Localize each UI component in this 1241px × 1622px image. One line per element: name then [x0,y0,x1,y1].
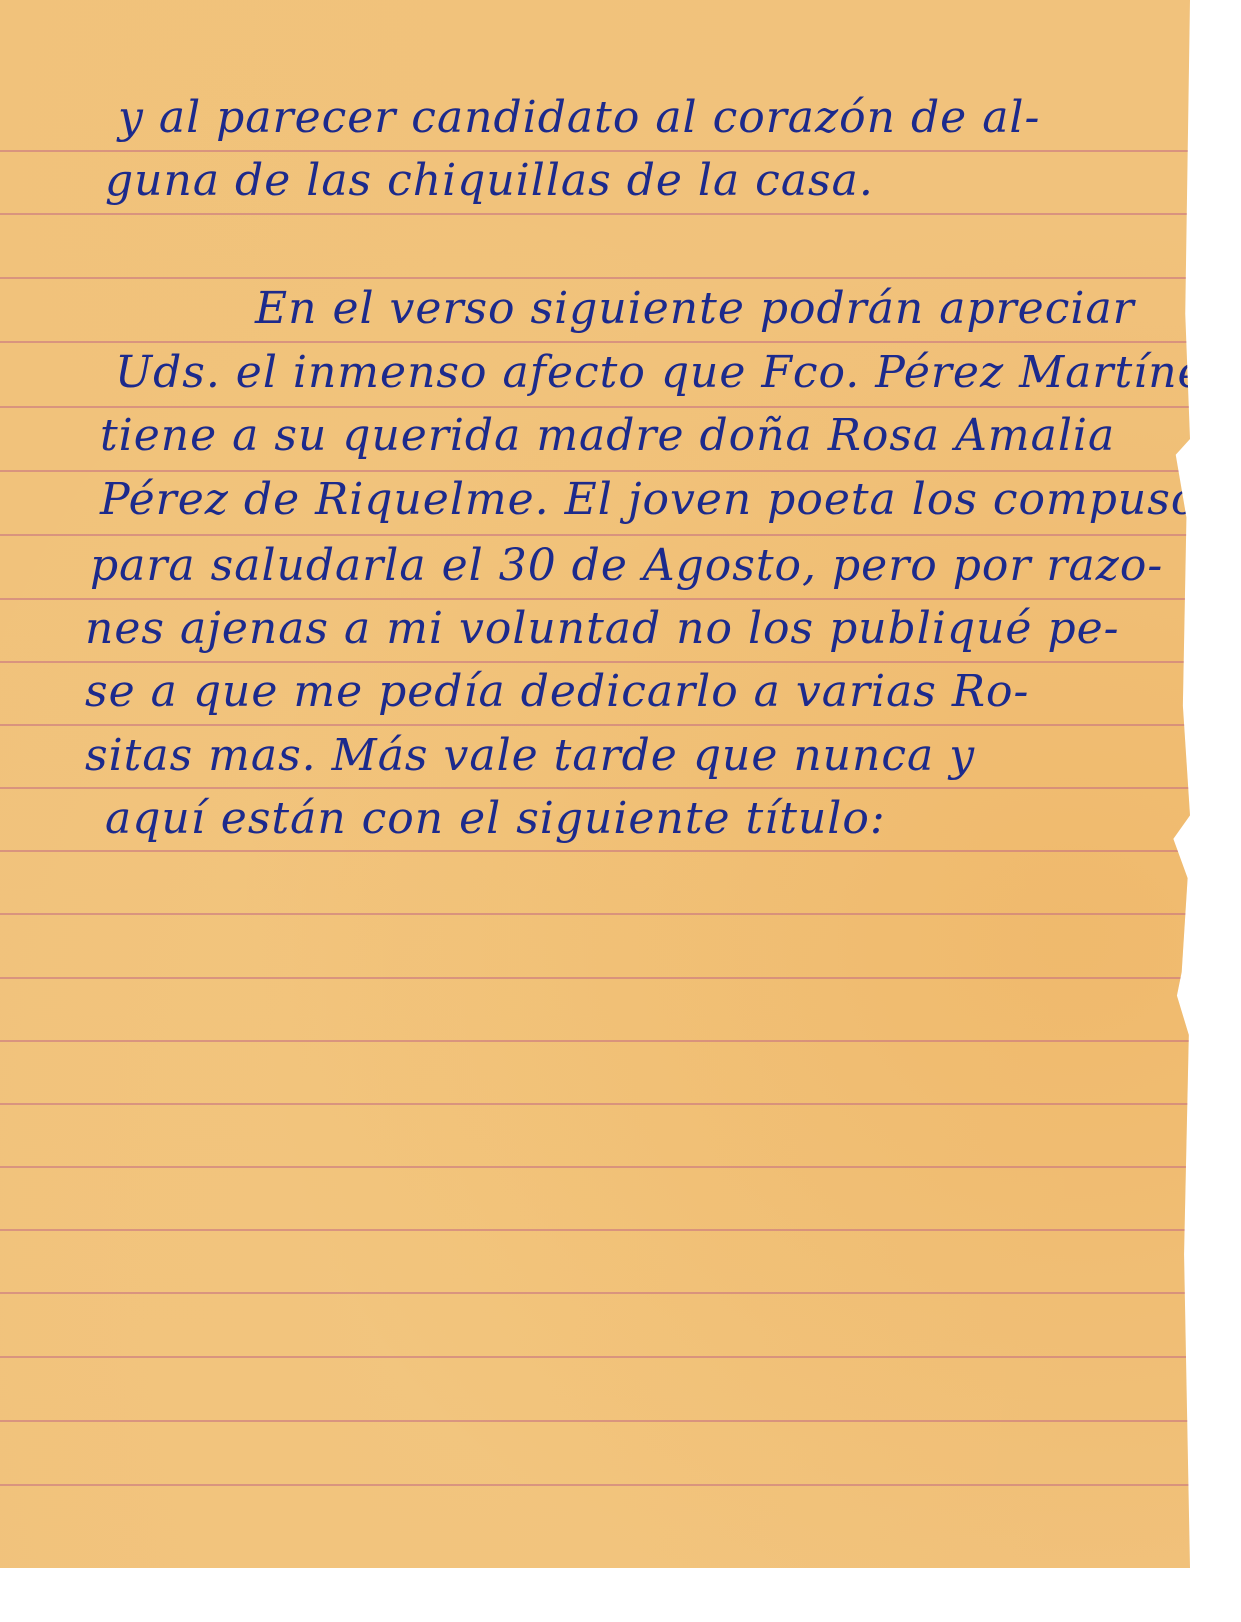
text-line-9: nes ajenas a mi voluntad no los publiqué… [85,603,1120,654]
lined-paper-sheet: y al parecer candidato al corazón de al-… [0,0,1190,1568]
text-line-2: guna de las chiquillas de la casa. [105,155,874,206]
text-line-12: aquí están con el siguiente título: [105,793,886,844]
text-line-1: y al parecer candidato al corazón de al- [118,92,1040,143]
text-line-6: tiene a su querida madre doña Rosa Amali… [100,410,1115,461]
text-line-7: Pérez de Riquelme. El joven poeta los co… [100,474,1198,525]
text-line-10: se a que me pedía dedicarlo a varias Ro- [85,666,1029,717]
text-line-5: Uds. el inmenso afecto que Fco. Pérez Ma… [115,347,1229,398]
text-line-11: sitas mas. Más vale tarde que nunca y [85,730,975,781]
handwritten-text: y al parecer candidato al corazón de al-… [0,0,1190,1568]
text-line-4: En el verso siguiente podrán apreciar [255,283,1135,334]
text-line-8: para saludarla el 30 de Agosto, pero por… [90,540,1163,591]
